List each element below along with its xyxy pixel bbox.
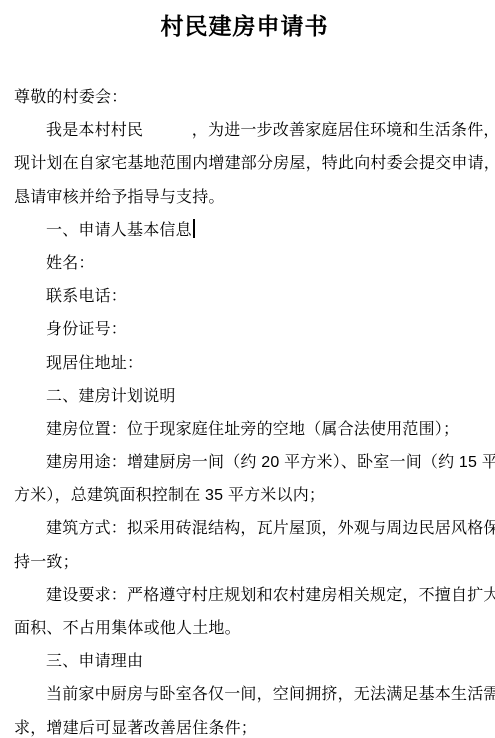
document-line[interactable]: 方米），总建筑面积控制在 35 平方米以内； [14,479,475,512]
line-text: 建设要求：严格遵守村庄规划和农村建房相关规定，不擅自扩大 [46,587,495,604]
document-line[interactable]: 二、建房计划说明 [14,380,475,413]
line-text: 现计划在自家宅基地范围内增建部分房屋，特此向村委会提交申请， [14,155,495,172]
line-text: 现居住地址： [46,355,143,372]
line-text: 恳请审核并给予指导与支持。 [14,189,225,206]
line-text: 三、申请理由 [46,653,143,670]
document-line[interactable]: 当前家中厨房与卧室各仅一间，空间拥挤，无法满足基本生活需 [14,678,475,711]
document-line[interactable]: 联系电话： [14,280,475,313]
line-text: 求，增建后可显著改善居住条件； [14,720,257,737]
document-line[interactable]: 面积、不占用集体或他人土地。 [14,612,475,645]
line-text: 建房用途：增建厨房一间（约 20 平方米）、卧室一间（约 15 平 [46,454,495,471]
line-text: 二、建房计划说明 [46,388,176,405]
line-text: 姓名： [46,255,95,272]
document-line[interactable]: 现居住地址： [14,347,475,380]
line-text: 持一致； [14,554,79,571]
document-line[interactable]: 现计划在自家宅基地范围内增建部分房屋，特此向村委会提交申请， [14,147,475,180]
line-text: 尊敬的村委会： [14,89,127,106]
document-line[interactable]: 建筑方式：拟采用砖混结构，瓦片屋顶，外观与周边民居风格保 [14,512,475,545]
document-line[interactable]: 建设要求：严格遵守村庄规划和农村建房相关规定，不擅自扩大 [14,579,475,612]
document-line[interactable]: 恳请审核并给予指导与支持。 [14,181,475,214]
text-cursor [193,219,195,238]
document-line[interactable]: 三、申请理由 [14,645,475,678]
document-line[interactable]: 建房位置：位于现家庭住址旁的空地（属合法使用范围）； [14,413,475,446]
document-line[interactable]: 姓名： [14,247,475,280]
document-line[interactable]: 一、申请人基本信息 [14,214,475,247]
document-title[interactable]: 村民建房申请书 [14,13,475,39]
line-text: 当前家中厨房与卧室各仅一间，空间拥挤，无法满足基本生活需 [46,686,495,703]
document-line[interactable]: 我是本村村民 ，为进一步改善家庭居住环境和生活条件， [14,114,475,147]
document-line[interactable]: 建房用途：增建厨房一间（约 20 平方米）、卧室一间（约 15 平 [14,446,475,479]
document-line[interactable]: 身份证号： [14,313,475,346]
document-line[interactable]: 求，增建后可显著改善居住条件； [14,712,475,738]
line-text: 建房位置：位于现家庭住址旁的空地（属合法使用范围）； [46,421,459,438]
document-page: 村民建房申请书 尊敬的村委会：我是本村村民 ，为进一步改善家庭居住环境和生活条件… [0,0,495,738]
line-text: 我是本村村民 ，为进一步改善家庭居住环境和生活条件， [46,122,495,139]
line-text: 一、申请人基本信息 [46,222,192,239]
document-line[interactable]: 尊敬的村委会： [14,81,475,114]
line-text: 身份证号： [46,321,127,338]
line-text: 联系电话： [46,288,127,305]
line-text: 方米），总建筑面积控制在 35 平方米以内； [14,487,325,504]
line-text: 面积、不占用集体或他人土地。 [14,620,241,637]
document-body[interactable]: 尊敬的村委会：我是本村村民 ，为进一步改善家庭居住环境和生活条件，现计划在自家宅… [14,81,475,738]
document-line[interactable]: 持一致； [14,546,475,579]
line-text: 建筑方式：拟采用砖混结构，瓦片屋顶，外观与周边民居风格保 [46,520,495,537]
